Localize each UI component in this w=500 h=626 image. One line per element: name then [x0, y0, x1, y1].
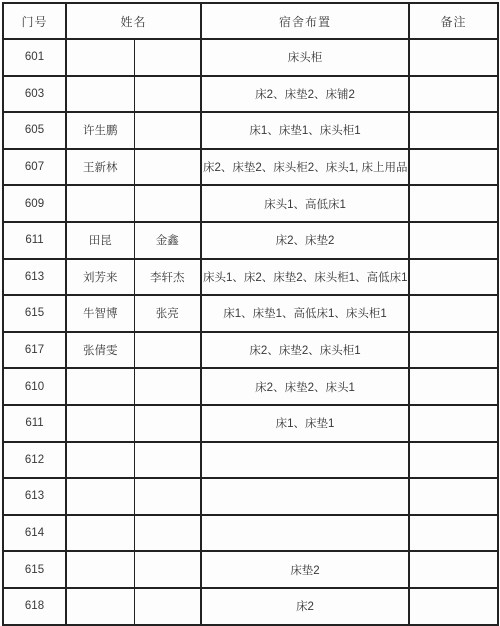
cell-name-right: 张亮	[134, 295, 201, 332]
cell-room: 618	[3, 588, 66, 625]
table-row: 609 床头1、高低床1	[3, 185, 498, 222]
cell-name-right	[134, 149, 201, 186]
table-row: 610 床2、床垫2、床头1	[3, 368, 498, 405]
cell-name-right	[134, 478, 201, 515]
table-row: 615 床垫2	[3, 551, 498, 588]
cell-room: 613	[3, 478, 66, 515]
cell-name-right	[134, 588, 201, 625]
cell-name-right: 金鑫	[134, 222, 201, 259]
cell-note	[409, 551, 498, 588]
cell-room: 617	[3, 332, 66, 369]
cell-name-right	[134, 185, 201, 222]
cell-room: 613	[3, 259, 66, 296]
cell-room: 612	[3, 442, 66, 479]
cell-layout: 床2、床垫2、床头1	[201, 368, 409, 405]
cell-name-left	[66, 588, 134, 625]
table-row: 615 牛智博 张亮 床1、床垫1、高低床1、床头柜1	[3, 295, 498, 332]
cell-note	[409, 112, 498, 149]
table-row: 607 王新林 床2、床垫2、床头柜2、床头1, 床上用品一套	[3, 149, 498, 186]
cell-layout	[201, 515, 409, 552]
cell-name-right	[134, 551, 201, 588]
cell-name-right	[134, 368, 201, 405]
column-header-layout: 宿舍布置	[201, 3, 409, 39]
cell-layout: 床1、床垫1、床头柜1	[201, 112, 409, 149]
cell-name-right	[134, 442, 201, 479]
table-row: 605 许生鹏 床1、床垫1、床头柜1	[3, 112, 498, 149]
cell-note	[409, 185, 498, 222]
cell-name-right	[134, 112, 201, 149]
cell-name-left: 许生鹏	[66, 112, 134, 149]
cell-layout	[201, 442, 409, 479]
cell-room: 611	[3, 405, 66, 442]
cell-layout: 床垫2	[201, 551, 409, 588]
table-body: 601 床头柜 603 床2、床垫2、床铺2 605 许生鹏 床1、床垫1、床头…	[3, 39, 498, 625]
cell-note	[409, 405, 498, 442]
cell-room: 610	[3, 368, 66, 405]
cell-name-left	[66, 368, 134, 405]
cell-note	[409, 332, 498, 369]
cell-note	[409, 442, 498, 479]
cell-room: 605	[3, 112, 66, 149]
cell-name-left	[66, 478, 134, 515]
cell-name-right	[134, 76, 201, 113]
column-header-note: 备注	[409, 3, 498, 39]
column-header-room: 门号	[3, 3, 66, 39]
table-row: 618 床2	[3, 588, 498, 625]
cell-room: 611	[3, 222, 66, 259]
dorm-assignment-table: 门号 姓名 宿舍布置 备注 601 床头柜 603 床2、床垫2、床铺2 605…	[2, 2, 499, 626]
table-row: 614	[3, 515, 498, 552]
cell-room: 614	[3, 515, 66, 552]
cell-layout	[201, 478, 409, 515]
cell-note	[409, 295, 498, 332]
cell-note	[409, 368, 498, 405]
cell-name-left	[66, 551, 134, 588]
cell-name-right	[134, 39, 201, 76]
table-row: 617 张倩雯 床2、床垫2、床头柜1	[3, 332, 498, 369]
cell-layout: 床头1、床2、床垫2、床头柜1、高低床1	[201, 259, 409, 296]
cell-room: 615	[3, 295, 66, 332]
cell-note	[409, 149, 498, 186]
cell-room: 609	[3, 185, 66, 222]
cell-layout: 床2、床垫2	[201, 222, 409, 259]
table-row: 612	[3, 442, 498, 479]
cell-layout: 床2	[201, 588, 409, 625]
cell-room: 607	[3, 149, 66, 186]
cell-name-left	[66, 39, 134, 76]
cell-note	[409, 222, 498, 259]
table-row: 601 床头柜	[3, 39, 498, 76]
cell-name-left: 张倩雯	[66, 332, 134, 369]
cell-room: 615	[3, 551, 66, 588]
cell-layout: 床头1、高低床1	[201, 185, 409, 222]
cell-note	[409, 478, 498, 515]
table-row: 603 床2、床垫2、床铺2	[3, 76, 498, 113]
cell-name-left: 王新林	[66, 149, 134, 186]
cell-name-right	[134, 405, 201, 442]
cell-name-left	[66, 515, 134, 552]
cell-note	[409, 515, 498, 552]
cell-layout: 床1、床垫1	[201, 405, 409, 442]
cell-room: 603	[3, 76, 66, 113]
column-header-name: 姓名	[66, 3, 201, 39]
table-header: 门号 姓名 宿舍布置 备注	[3, 3, 498, 39]
cell-name-right	[134, 332, 201, 369]
cell-name-left	[66, 405, 134, 442]
cell-layout: 床2、床垫2、床铺2	[201, 76, 409, 113]
cell-name-left	[66, 185, 134, 222]
cell-note	[409, 76, 498, 113]
cell-name-left: 刘芳来	[66, 259, 134, 296]
cell-layout: 床头柜	[201, 39, 409, 76]
cell-room: 601	[3, 39, 66, 76]
cell-layout: 床2、床垫2、床头柜2、床头1, 床上用品一套	[201, 149, 409, 186]
cell-name-left: 牛智博	[66, 295, 134, 332]
cell-name-right: 李轩杰	[134, 259, 201, 296]
header-row: 门号 姓名 宿舍布置 备注	[3, 3, 498, 39]
cell-name-left: 田昆	[66, 222, 134, 259]
cell-layout: 床1、床垫1、高低床1、床头柜1	[201, 295, 409, 332]
table-row: 611 床1、床垫1	[3, 405, 498, 442]
cell-note	[409, 588, 498, 625]
cell-note	[409, 39, 498, 76]
table-row: 613 刘芳来 李轩杰 床头1、床2、床垫2、床头柜1、高低床1	[3, 259, 498, 296]
cell-name-left	[66, 76, 134, 113]
cell-layout: 床2、床垫2、床头柜1	[201, 332, 409, 369]
table-row: 611 田昆 金鑫 床2、床垫2	[3, 222, 498, 259]
cell-note	[409, 259, 498, 296]
cell-name-right	[134, 515, 201, 552]
table-row: 613	[3, 478, 498, 515]
cell-name-left	[66, 442, 134, 479]
